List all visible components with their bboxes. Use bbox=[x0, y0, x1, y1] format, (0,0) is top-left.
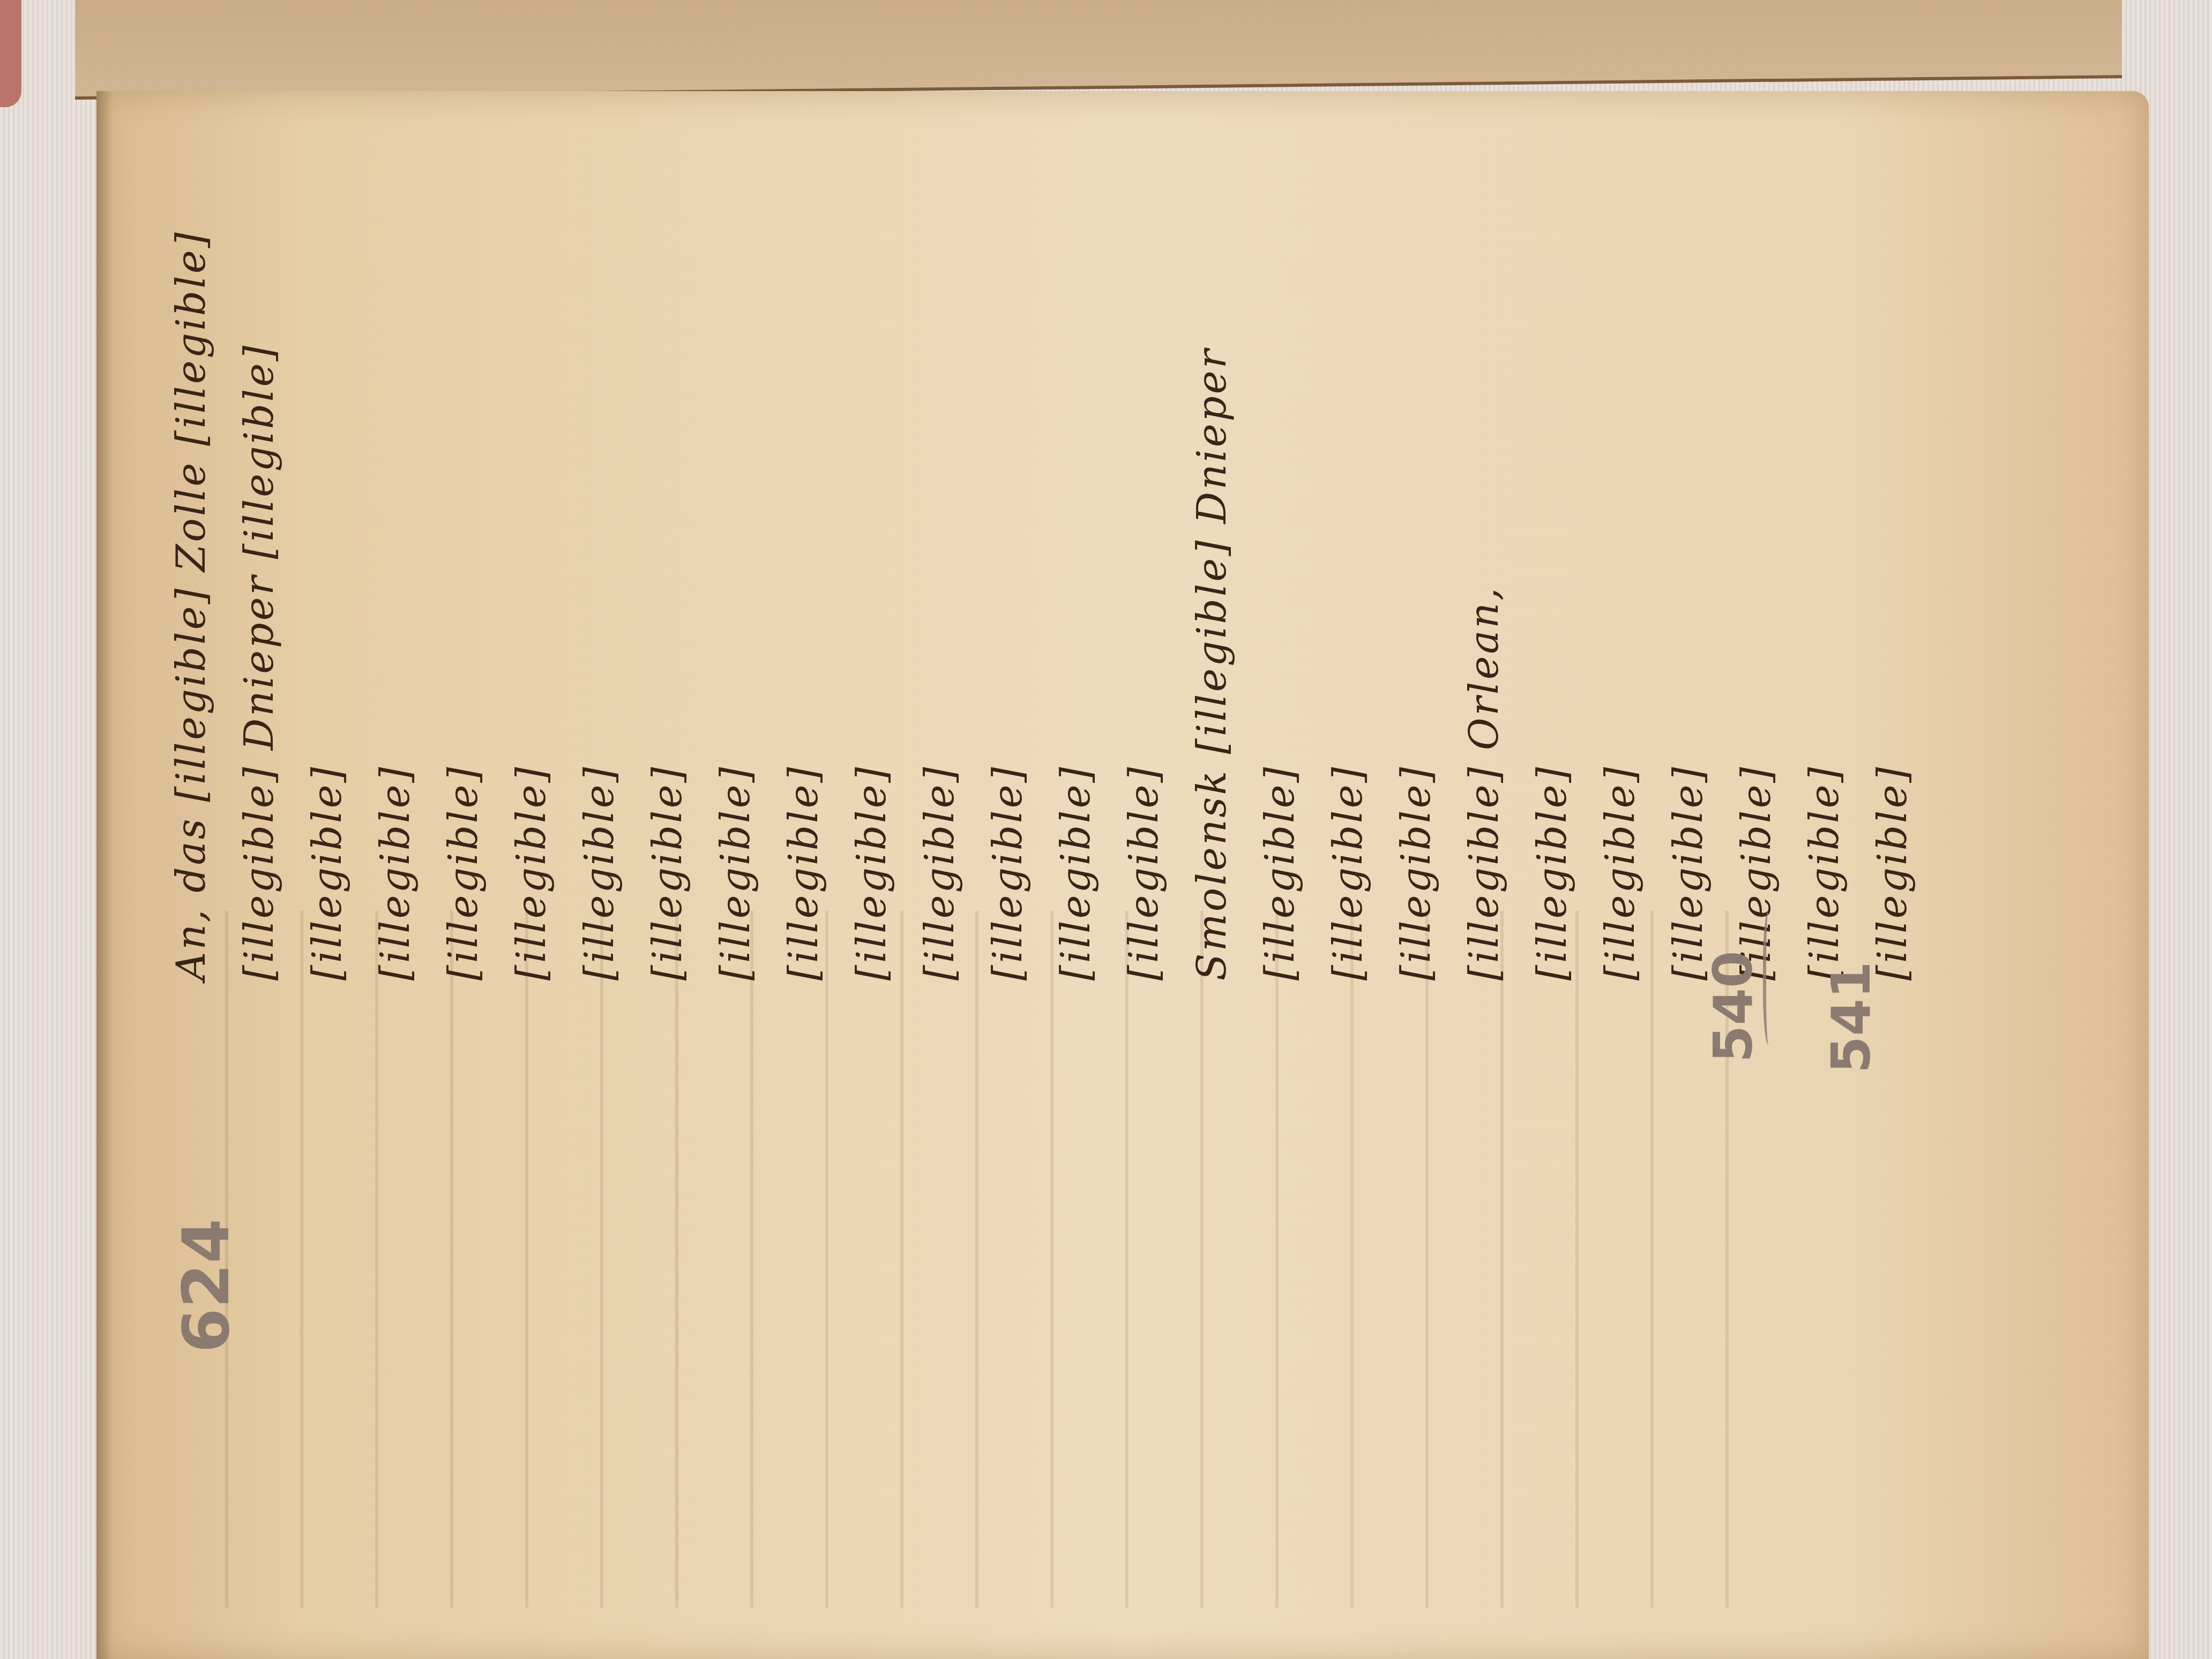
handwriting-line: [illegible] Orlean, bbox=[1461, 586, 1507, 981]
pencil-wavy-line bbox=[1763, 911, 1777, 1045]
handwriting-line: [illegible] bbox=[372, 765, 419, 981]
handwriting-line: [illegible] bbox=[1325, 765, 1371, 981]
handwriting-line: [illegible] bbox=[713, 765, 759, 981]
handwriting-line: [illegible] Dnieper [illegible] bbox=[236, 343, 282, 981]
handwriting-line: [illegible] bbox=[917, 765, 963, 981]
pencil-margin-mark-540: 540 bbox=[1702, 951, 1765, 1063]
handwriting-line: [illegible] bbox=[1257, 765, 1303, 981]
ink-bleed-through bbox=[161, 911, 1768, 1608]
handwriting-line: [illegible] bbox=[304, 765, 350, 981]
spine-shadow bbox=[96, 91, 113, 1659]
handwriting-line: [illegible] bbox=[781, 765, 827, 981]
handwriting-line: [illegible] bbox=[1665, 765, 1712, 981]
handwriting-line: [illegible] bbox=[440, 765, 487, 981]
handwriting-line: [illegible] bbox=[645, 765, 691, 981]
pencil-margin-mark-541: 541 bbox=[1820, 961, 1882, 1073]
handwriting-line: [illegible] bbox=[1053, 765, 1099, 981]
handwriting-line: [illegible] bbox=[1802, 765, 1848, 981]
handwriting-line: [illegible] bbox=[1529, 765, 1575, 981]
handwriting-line: [illegible] bbox=[509, 765, 555, 981]
handwriting-line: [illegible] bbox=[1870, 765, 1916, 981]
handwriting-line: [illegible] bbox=[577, 765, 623, 981]
handwriting-line: An, das [illegible] Zolle [illegible] bbox=[168, 230, 214, 981]
handwriting-line: [illegible] bbox=[1121, 765, 1167, 981]
handwriting-line: [illegible] bbox=[1597, 765, 1643, 981]
pencil-page-number: 624 bbox=[169, 1219, 244, 1353]
handwriting-line: [illegible] bbox=[849, 765, 895, 981]
handwriting-lines: An, das [illegible] Zolle [illegible][il… bbox=[182, 123, 2058, 981]
handwriting-line: Smolensk [illegible] Dnieper bbox=[1189, 347, 1235, 981]
handwriting-line: [illegible] bbox=[1393, 765, 1439, 981]
thumb bbox=[0, 0, 21, 107]
handwriting-line: [illegible] bbox=[985, 765, 1031, 981]
